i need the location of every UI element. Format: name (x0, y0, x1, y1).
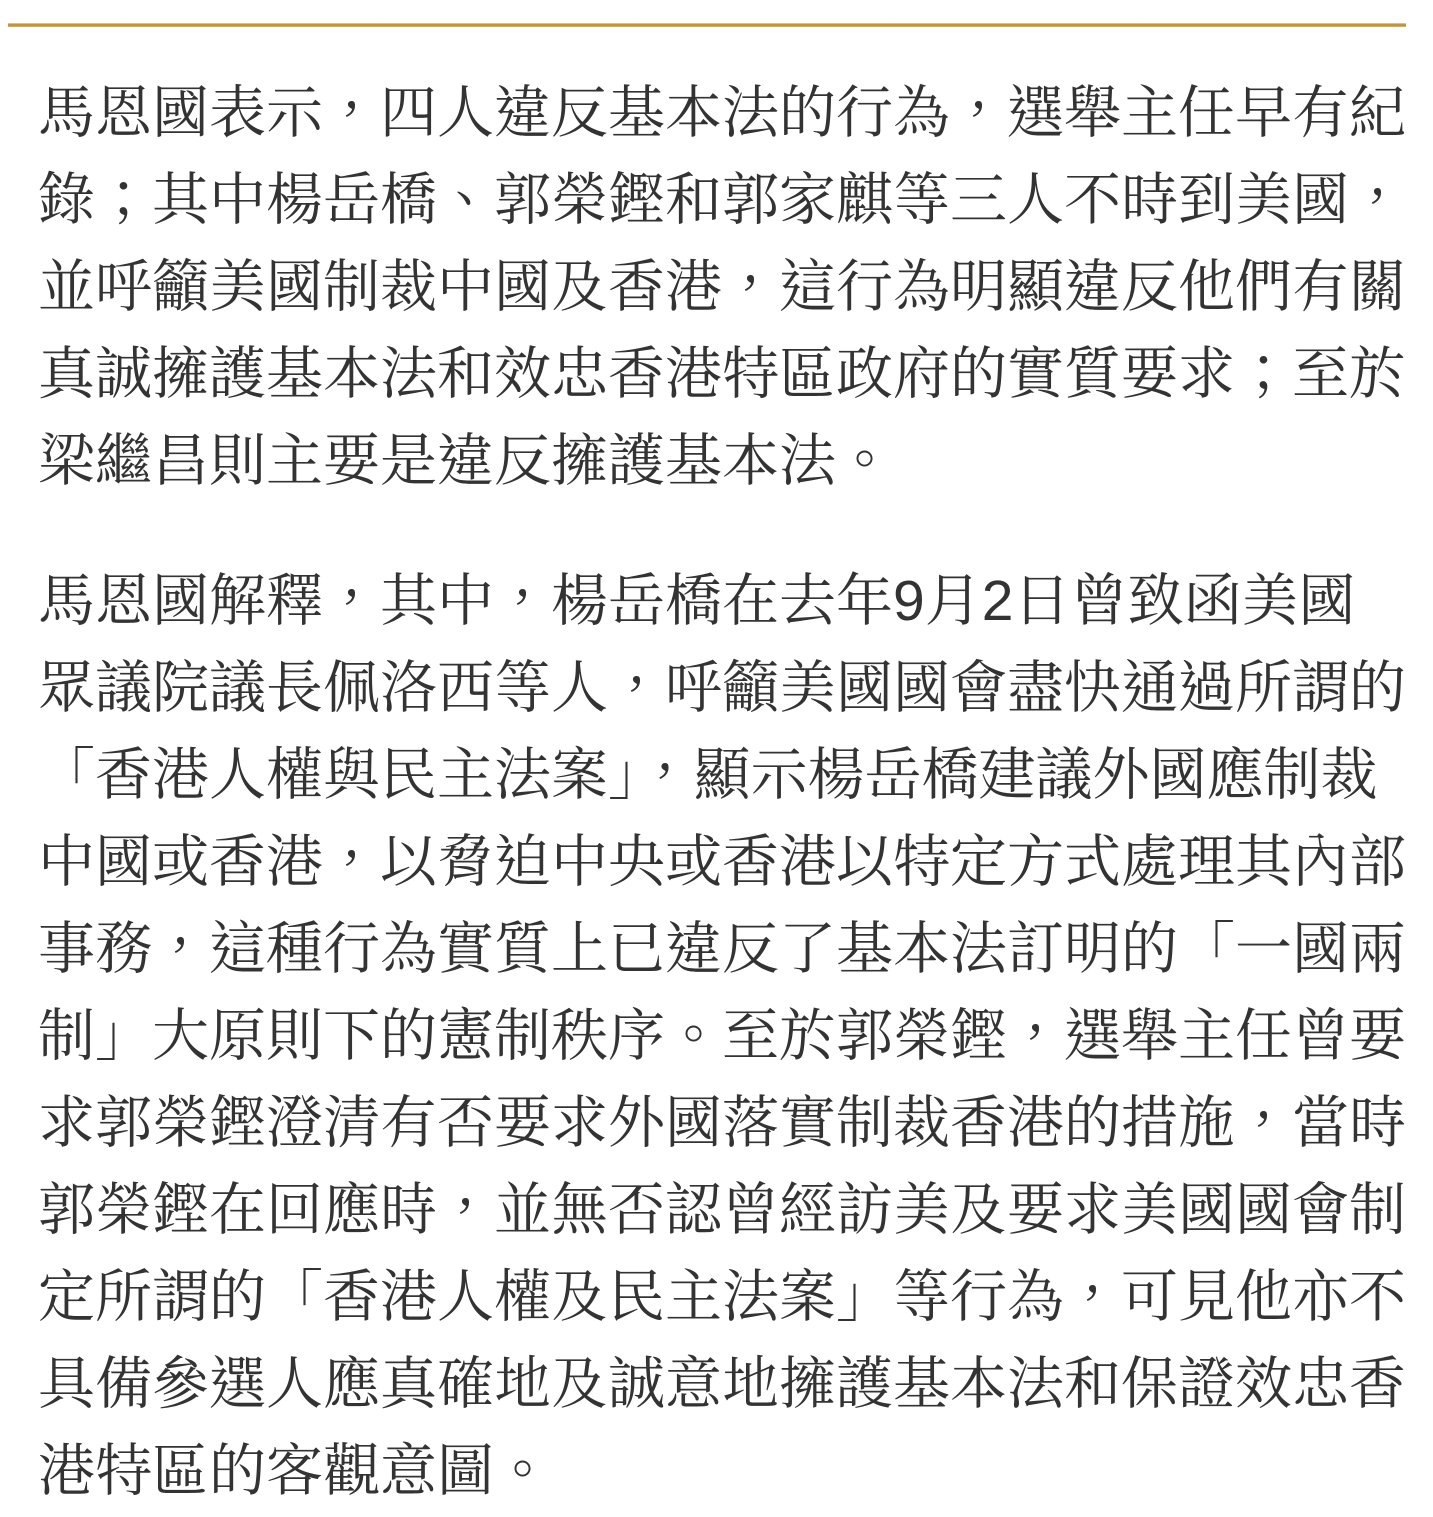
top-divider-rule (8, 23, 1406, 27)
article-body: 馬恩國表示，四人違反基本法的行為，選舉主任早有紀 錄；其中楊岳橋、郭榮鏗和郭家麒… (38, 70, 1406, 1515)
article-page: 馬恩國表示，四人違反基本法的行為，選舉主任早有紀 錄；其中楊岳橋、郭榮鏗和郭家麒… (0, 0, 1433, 1517)
article-paragraph: 馬恩國表示，四人違反基本法的行為，選舉主任早有紀 錄；其中楊岳橋、郭榮鏗和郭家麒… (38, 70, 1406, 505)
article-paragraph: 馬恩國解釋，其中，楊岳橋在去年9月2日曾致函美國 眾議院議長佩洛西等人，呼籲美國… (38, 558, 1406, 1515)
